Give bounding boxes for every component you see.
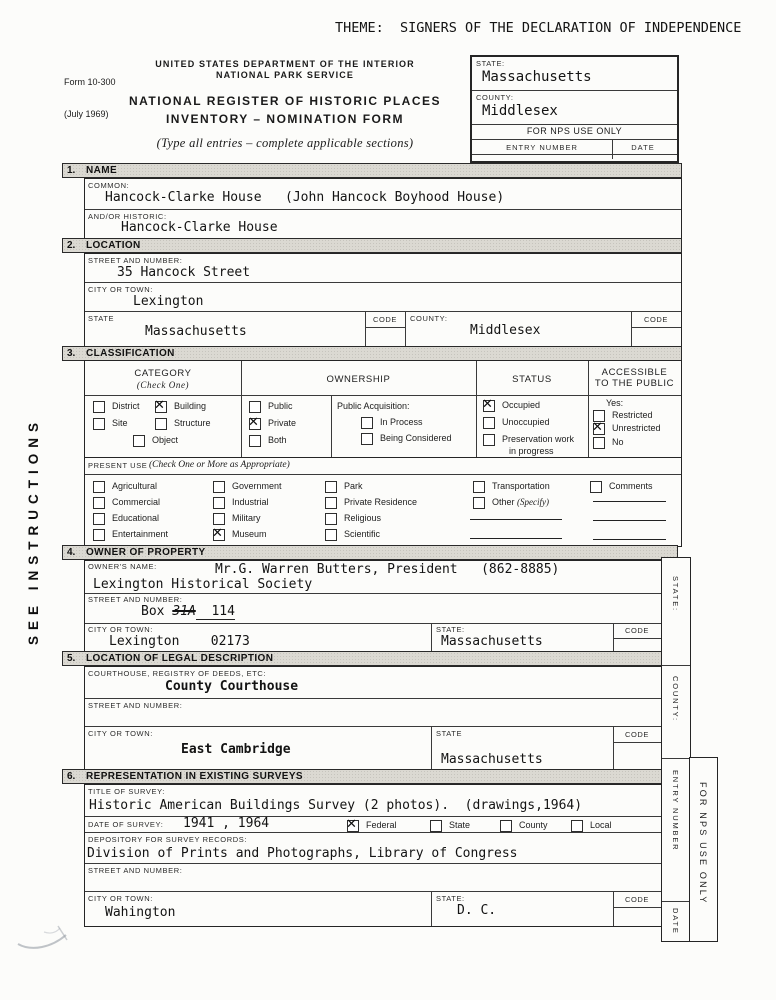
department-line2: NATIONAL PARK SERVICE — [140, 70, 430, 80]
checkbox[interactable] — [249, 435, 261, 447]
status-header: STATUS — [476, 374, 588, 385]
right-county-label: COUNTY: — [671, 676, 680, 722]
accessible-header-line1: ACCESSIBLE — [588, 367, 681, 378]
use-agricultural[interactable]: Agricultural — [93, 481, 157, 493]
divider-line — [431, 726, 432, 769]
right-state-label: STATE: — [671, 576, 680, 612]
owner-name-line2[interactable]: Lexington Historical Society — [93, 578, 312, 592]
checkbox[interactable] — [430, 820, 442, 832]
street-label: STREET AND NUMBER: — [88, 256, 182, 265]
divider-line — [472, 139, 677, 140]
checkbox[interactable] — [325, 481, 337, 493]
form-title-line1: NATIONAL REGISTER OF HISTORIC PLACES — [90, 94, 480, 108]
use-other[interactable]: Other (Specify) — [473, 497, 549, 509]
code-label: CODE — [613, 730, 661, 739]
county-value[interactable]: Middlesex — [470, 324, 540, 338]
divider-line — [85, 282, 681, 283]
survey-state[interactable]: State — [430, 820, 470, 832]
section-6-title: REPRESENTATION IN EXISTING SURVEYS — [86, 771, 303, 782]
section-4-fields: OWNER'S NAME: Mr.G. Warren Butters, Pres… — [84, 560, 662, 652]
checkbox[interactable] — [473, 481, 485, 493]
checkbox[interactable] — [213, 481, 225, 493]
checkbox[interactable] — [325, 497, 337, 509]
use-transportation[interactable]: Transportation — [473, 481, 550, 493]
section-2-fields: STREET AND NUMBER: 35 Hancock Street CIT… — [84, 253, 682, 348]
use-scientific[interactable]: Scientific — [325, 529, 380, 541]
checkbox[interactable] — [483, 400, 495, 412]
section-6-header: 6. REPRESENTATION IN EXISTING SURVEYS — [62, 769, 664, 784]
divider-line — [365, 327, 405, 328]
state-value[interactable]: Massachusetts — [145, 325, 247, 339]
category-structure[interactable]: Structure — [155, 418, 211, 430]
checkbox[interactable] — [325, 513, 337, 525]
use-park[interactable]: Park — [325, 481, 363, 493]
section-3-header: 3. CLASSIFICATION — [62, 346, 682, 361]
state-code-label: CODE — [365, 315, 405, 324]
historic-name-value[interactable]: Hancock-Clarke House — [121, 221, 278, 235]
checkbox[interactable] — [93, 481, 105, 493]
form-title: NATIONAL REGISTER OF HISTORIC PLACES INV… — [90, 94, 480, 126]
use-educational[interactable]: Educational — [93, 513, 159, 525]
category-building[interactable]: Building — [155, 401, 206, 413]
city-value[interactable]: Lexington 02173 — [109, 635, 250, 649]
category-subheader: (Check One) — [85, 380, 241, 390]
see-instructions-label: SEE INSTRUCTIONS — [26, 363, 41, 645]
divider-line — [85, 623, 661, 624]
category-district[interactable]: District — [93, 401, 140, 413]
other-specify-label: (Specify) — [517, 497, 549, 507]
street-label: STREET AND NUMBER: — [88, 595, 182, 604]
divider-line — [662, 901, 690, 902]
use-industrial[interactable]: Industrial — [213, 497, 269, 509]
nps-use-only-strip: FOR NPS USE ONLY — [689, 757, 718, 942]
checkbox[interactable] — [93, 418, 105, 430]
form-number: Form 10-300 — [64, 77, 116, 88]
divider-line — [331, 395, 332, 458]
use-military[interactable]: Military — [213, 513, 261, 525]
section-5-fields: COURTHOUSE, REGISTRY OF DEEDS, ETC: Coun… — [84, 666, 662, 770]
survey-federal[interactable]: Federal — [347, 820, 397, 832]
checkbox[interactable] — [93, 513, 105, 525]
acquisition-in-process[interactable]: In Process — [361, 417, 423, 429]
divider-line — [85, 863, 661, 864]
public-acquisition-label: Public Acquisition: — [337, 401, 410, 411]
right-nps-use-only-label: FOR NPS USE ONLY — [698, 782, 708, 905]
section-2-title: LOCATION — [86, 240, 141, 251]
checkbox[interactable] — [93, 497, 105, 509]
right-entry-number-label: ENTRY NUMBER — [671, 770, 680, 851]
form-title-line2: INVENTORY – NOMINATION FORM — [90, 112, 480, 126]
depository-value[interactable]: Division of Prints and Photographs, Libr… — [87, 847, 517, 861]
divider-line — [85, 209, 681, 210]
city-label: CITY OR TOWN: — [88, 729, 153, 738]
street-value[interactable]: 35 Hancock Street — [117, 266, 250, 280]
checkbox[interactable] — [155, 401, 167, 413]
divider-line — [85, 816, 661, 817]
checkbox[interactable] — [213, 529, 225, 541]
nomination-form-page: THEME: SIGNERS OF THE DECLARATION OF IND… — [0, 0, 776, 1000]
city-label: CITY OR TOWN: — [88, 285, 153, 294]
courthouse-label: COURTHOUSE, REGISTRY OF DEEDS, ETC: — [88, 669, 266, 678]
common-name-label: COMMON: — [88, 181, 129, 190]
section-4-header: 4. OWNER OF PROPERTY — [62, 545, 678, 560]
checkbox[interactable] — [249, 418, 261, 430]
state-label: STATE — [436, 729, 462, 738]
nps-use-box: STATE: Massachusetts COUNTY: Middlesex F… — [470, 55, 679, 163]
survey-date-label: DATE OF SURVEY: — [88, 820, 163, 829]
owner-name-label: OWNER'S NAME: — [88, 562, 157, 571]
city-label: CITY OR TOWN: — [88, 894, 153, 903]
divider-line — [612, 139, 613, 159]
section-3-title: CLASSIFICATION — [86, 348, 175, 359]
divider-line — [431, 623, 432, 651]
right-date-label: DATE — [671, 908, 680, 935]
ownership-private[interactable]: Private — [249, 418, 296, 430]
county-label: COUNTY: — [410, 314, 448, 323]
survey-title-label: TITLE OF SURVEY: — [88, 787, 165, 796]
checkbox[interactable] — [483, 417, 495, 429]
checkbox[interactable] — [155, 418, 167, 430]
category-header: CATEGORY — [85, 368, 241, 379]
state-label: STATE — [88, 314, 114, 323]
present-use-label: PRESENT USE — [88, 461, 147, 470]
state-label: STATE: — [436, 625, 465, 634]
street-value[interactable]: Box 31A 114 — [141, 605, 235, 619]
accessible-unrestricted[interactable]: Unrestricted — [593, 423, 661, 435]
state-value: Massachusetts — [482, 70, 592, 84]
depository-label: DEPOSITORY FOR SURVEY RECORDS: — [88, 835, 247, 844]
ownership-both[interactable]: Both — [249, 435, 287, 447]
divider-line — [613, 742, 661, 743]
blank-line[interactable] — [593, 520, 666, 521]
checkbox[interactable] — [571, 820, 583, 832]
checkbox[interactable] — [500, 820, 512, 832]
status-preservation[interactable]: Preservation work — [483, 434, 574, 446]
courthouse-value[interactable]: County Courthouse — [165, 680, 298, 694]
divider-line — [472, 154, 677, 155]
divider-line — [631, 327, 681, 328]
divider-line — [85, 593, 661, 594]
present-use-box: PRESENT USE (Check One or More as Approp… — [84, 457, 682, 547]
checkbox[interactable] — [133, 435, 145, 447]
divider-line — [85, 832, 661, 833]
checkbox[interactable] — [590, 481, 602, 493]
struck-text: 31A — [172, 604, 195, 619]
divider-line — [662, 665, 690, 666]
checkbox[interactable] — [361, 433, 373, 445]
city-label: CITY OR TOWN: — [88, 625, 153, 634]
county-label: COUNTY: — [476, 93, 514, 102]
state-value[interactable]: Massachusetts — [441, 753, 543, 767]
city-value[interactable]: East Cambridge — [181, 743, 291, 757]
category-object[interactable]: Object — [133, 435, 178, 447]
use-entertainment[interactable]: Entertainment — [93, 529, 168, 541]
divider-line — [431, 891, 432, 926]
county-code-label: CODE — [631, 315, 681, 324]
divider-line — [85, 311, 681, 312]
section-2-header: 2. LOCATION — [62, 238, 682, 253]
blank-line[interactable] — [470, 519, 562, 520]
code-label: CODE — [613, 895, 661, 904]
checkbox[interactable] — [473, 497, 485, 509]
entry-number-label: ENTRY NUMBER — [472, 143, 612, 152]
use-museum[interactable]: Museum — [213, 529, 267, 541]
divider-line — [85, 891, 661, 892]
state-label: STATE: — [476, 59, 505, 68]
state-label: STATE: — [436, 894, 465, 903]
divider-line — [85, 395, 681, 396]
type-instruction: (Type all entries – complete applicable … — [90, 136, 480, 151]
ownership-header: OWNERSHIP — [241, 374, 476, 385]
acquisition-being-considered[interactable]: Being Considered — [361, 433, 452, 445]
use-commercial[interactable]: Commercial — [93, 497, 160, 509]
accessible-yes-label: Yes: — [606, 398, 623, 408]
department-heading: UNITED STATES DEPARTMENT OF THE INTERIOR… — [140, 59, 430, 80]
state-value[interactable]: D. C. — [457, 904, 496, 918]
accessible-no[interactable]: No — [593, 437, 624, 449]
checkbox[interactable] — [213, 513, 225, 525]
use-private-residence[interactable]: Private Residence — [325, 497, 417, 509]
pencil-scribble — [14, 918, 84, 958]
divider-line — [613, 638, 661, 639]
right-margin-strip: STATE: COUNTY: ENTRY NUMBER DATE — [661, 557, 691, 942]
street-label: STREET AND NUMBER: — [88, 701, 182, 710]
accessible-header-line2: TO THE PUBLIC — [588, 378, 681, 389]
blank-line[interactable] — [470, 538, 562, 539]
use-government[interactable]: Government — [213, 481, 282, 493]
nps-use-only-label: FOR NPS USE ONLY — [472, 126, 677, 136]
blank-line[interactable] — [593, 539, 666, 540]
checkbox[interactable] — [249, 401, 261, 413]
common-name-value[interactable]: Hancock-Clarke House (John Hancock Boyho… — [105, 191, 504, 205]
ownership-public[interactable]: Public — [249, 401, 293, 413]
divider-line — [405, 311, 406, 347]
divider-line — [472, 90, 677, 91]
city-value[interactable]: Wahington — [105, 906, 175, 920]
use-comments[interactable]: Comments — [590, 481, 653, 493]
city-value[interactable]: Lexington — [133, 295, 203, 309]
section-6-fields: TITLE OF SURVEY: Historic American Build… — [84, 784, 662, 927]
checkbox[interactable] — [347, 820, 359, 832]
category-site[interactable]: Site — [93, 418, 128, 430]
survey-local[interactable]: Local — [571, 820, 612, 832]
section-5-title: LOCATION OF LEGAL DESCRIPTION — [86, 653, 273, 664]
divider-line — [613, 907, 661, 908]
date-label: DATE — [612, 143, 674, 152]
checkbox[interactable] — [93, 529, 105, 541]
status-occupied[interactable]: Occupied — [483, 400, 540, 412]
checkbox[interactable] — [325, 529, 337, 541]
divider-line — [662, 758, 690, 759]
section-1-header: 1. NAME — [62, 163, 682, 178]
classification-table: CATEGORY (Check One) OWNERSHIP STATUS AC… — [84, 360, 682, 459]
divider-line — [85, 726, 661, 727]
checkbox[interactable] — [213, 497, 225, 509]
code-label: CODE — [613, 626, 661, 635]
blank-line[interactable] — [593, 501, 666, 502]
section-1-title: NAME — [86, 165, 117, 176]
section-5-header: 5. LOCATION OF LEGAL DESCRIPTION — [62, 651, 664, 666]
owner-name-line1[interactable]: Mr.G. Warren Butters, President (862-888… — [215, 563, 559, 577]
checkbox[interactable] — [361, 417, 373, 429]
divider-line — [85, 474, 681, 475]
section-1-fields: COMMON: Hancock-Clarke House (John Hanco… — [84, 178, 682, 240]
status-preservation-line2: in progress — [509, 446, 554, 456]
use-religious[interactable]: Religious — [325, 513, 381, 525]
divider-line — [472, 124, 677, 125]
survey-title-value[interactable]: Historic American Buildings Survey (2 ph… — [89, 799, 582, 813]
state-value[interactable]: Massachusetts — [441, 635, 543, 649]
checkbox[interactable] — [593, 437, 605, 449]
street-label: STREET AND NUMBER: — [88, 866, 182, 875]
survey-date-value[interactable]: 1941 , 1964 — [183, 817, 269, 831]
county-value: Middlesex — [482, 104, 558, 118]
status-unoccupied[interactable]: Unoccupied — [483, 417, 550, 429]
survey-county[interactable]: County — [500, 820, 548, 832]
checkbox[interactable] — [483, 434, 495, 446]
theme-line: THEME: SIGNERS OF THE DECLARATION OF IND… — [335, 21, 741, 35]
checkbox[interactable] — [593, 423, 605, 435]
department-line1: UNITED STATES DEPARTMENT OF THE INTERIOR — [140, 59, 430, 69]
section-4-title: OWNER OF PROPERTY — [86, 547, 206, 558]
checkbox[interactable] — [93, 401, 105, 413]
divider-line — [85, 698, 661, 699]
present-use-sublabel: (Check One or More as Appropriate) — [149, 460, 290, 470]
